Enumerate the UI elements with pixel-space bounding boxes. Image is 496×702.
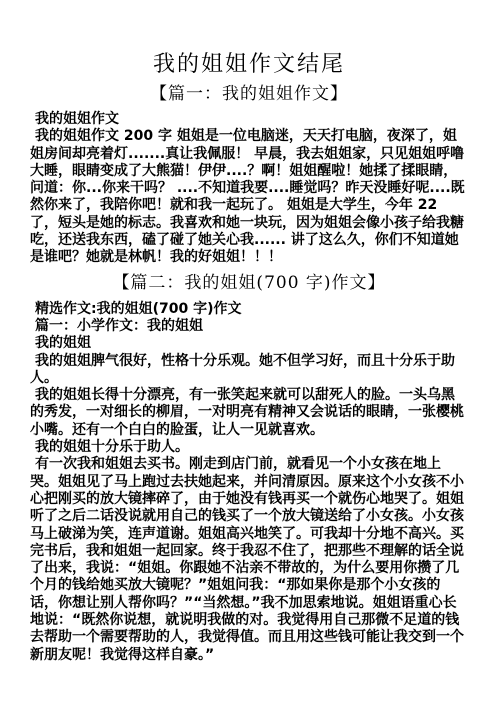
paragraph: 我的姐姐: [30, 335, 468, 352]
section-1-heading: 【篇一：我的姐姐作文】: [30, 83, 468, 105]
paragraph: 我的姐姐长得十分漂亮，有一张笑起来就可以甜死人的脸。一头乌黑的秀发，一对细长的柳…: [30, 387, 468, 439]
document-title: 我的姐姐作文结尾: [30, 50, 468, 80]
document-page: 我的姐姐作文结尾 【篇一：我的姐姐作文】 我的姐姐作文 我的姐姐作文 200 字…: [0, 0, 496, 702]
paragraph: 我的姐姐作文: [30, 111, 468, 128]
essay-section-2: 【篇二：我的姐姐(700 字)作文】 精选作文:我的姐姐(700 字)作文 篇一…: [30, 272, 468, 664]
section-2-body: 精选作文:我的姐姐(700 字)作文 篇一：小学作文：我的姐姐 我的姐姐 我的姐…: [30, 301, 468, 664]
paragraph: 我的姐姐作文 200 字 姐姐是一位电脑迷，天天打电脑，夜深了，姐姐房间却亮着灯…: [30, 128, 468, 266]
paragraph: 篇一：小学作文：我的姐姐: [30, 318, 468, 335]
paragraph: 精选作文:我的姐姐(700 字)作文: [30, 301, 468, 318]
paragraph: 有一次我和姐姐去买书。刚走到店门前，就看见一个小女孩在地上哭。姐姐见了马上跑过去…: [30, 456, 468, 664]
section-1-body: 我的姐姐作文 我的姐姐作文 200 字 姐姐是一位电脑迷，天天打电脑，夜深了，姐…: [30, 111, 468, 267]
section-2-heading: 【篇二：我的姐姐(700 字)作文】: [30, 272, 468, 294]
essay-section-1: 【篇一：我的姐姐作文】 我的姐姐作文 我的姐姐作文 200 字 姐姐是一位电脑迷…: [30, 83, 468, 267]
paragraph: 我的姐姐脾气很好，性格十分乐观。她不但学习好，而且十分乐于助人。: [30, 353, 468, 388]
paragraph: 我的姐姐十分乐于助人。: [30, 439, 468, 456]
